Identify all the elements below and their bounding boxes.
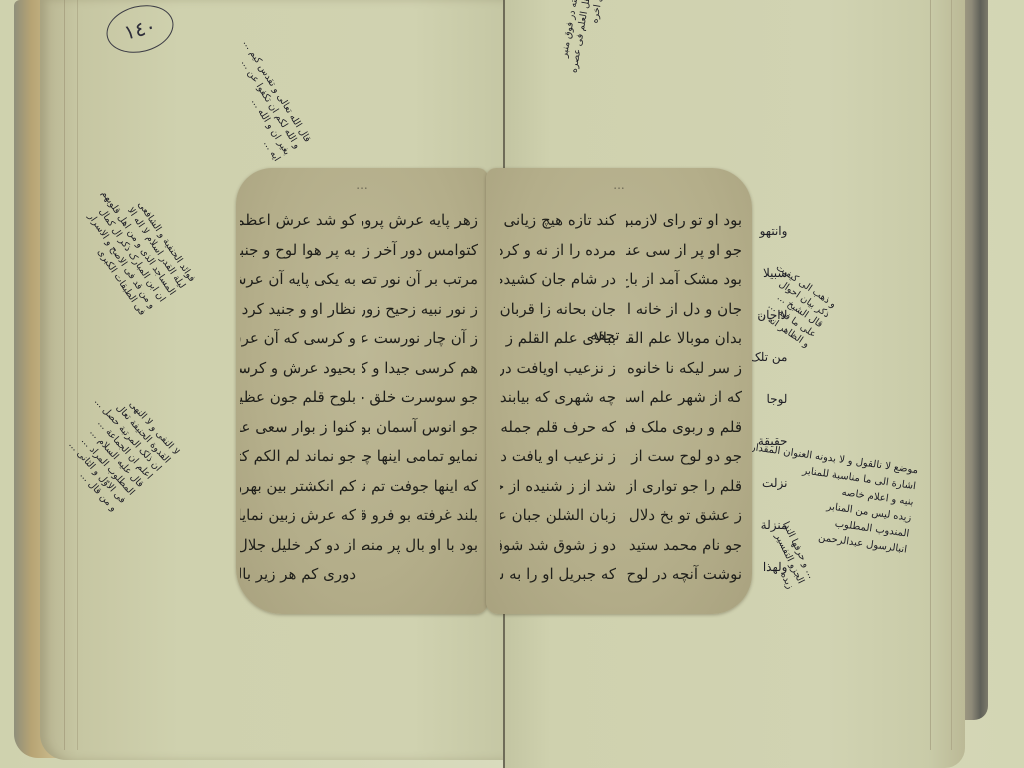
verse-line: که عرش زبین نمایان شود (240, 501, 356, 531)
verse-line: هم کرسی جیدا و کرسی تمام (362, 354, 478, 384)
verse-line: و کرسی که آن عرش (240, 324, 356, 354)
gloss-line: لوجا (750, 378, 787, 420)
verse-column-right: زهر پایه عرش پروردگار کتوامس دور آخر زما… (362, 206, 478, 590)
verse-line: ز فضل سنده احتیاط نه این که کیف (626, 590, 742, 591)
verse-column-left: کو شد عرش اعظم به پر هوا لوح و جنبی به ی… (240, 206, 356, 590)
verse-line: مرتب بر آن نور تصویر چهار (362, 265, 478, 295)
verse-line: کتوامس دور آخر زمانی (362, 236, 478, 266)
verse-line: بود با او بال پر منصر هزار (362, 531, 478, 561)
verse-line: ز نور نبیه زحیح زور و (362, 295, 478, 325)
inserted-leaf-left: ... زهر پایه عرش پروردگار کتوامس دور آخر… (236, 168, 488, 614)
left-page-stack-edges (64, 0, 78, 750)
verse-line: به پر هوا لوح و جنبی (240, 236, 356, 266)
verse-line: قلم او هو سوشت ابی از ز بحث (500, 590, 616, 591)
right-page-stack-edges (930, 0, 952, 750)
verse-line: نوشت آنچه در لوح محفوظ بود (626, 560, 742, 590)
verse-line: بود او تو رای لازمبون (626, 206, 742, 236)
verse-line: به یکی پایه آن عرش (240, 265, 356, 295)
verse-line: در شام جان کشیدم قلد قلد (500, 265, 616, 295)
verse-line: که از شهر علم است امید اور رسشل (626, 383, 742, 413)
leaf-header: ... (236, 178, 488, 192)
gloss-line: لااجان (750, 294, 787, 336)
verse-line: قلم را جو تواری از بیکی خبان (626, 472, 742, 502)
verse-line: کند تازه هیچ زیانی نا روی (500, 206, 616, 236)
verse-line: ز عشق تو بخ دلال بود (626, 501, 742, 531)
verse-line: بلوح قلم جون عظیم (240, 383, 356, 413)
verse-line: کو شد عرش اعظم (240, 206, 356, 236)
verse-line: زبان الشلن جبان عاقل احنال بود (500, 501, 616, 531)
verse-line: ز نزعیب اویافت در لوح قلب (500, 354, 616, 384)
verse-line: جو او پر از سی عنفران کند (626, 236, 742, 266)
verse-line: جو نام محمد ستید آن زمان (626, 531, 742, 561)
verse-line: بلند غرفته بو فرو قلیل نام (362, 501, 478, 531)
leaf-header: ... (486, 178, 752, 192)
gloss-line: من تلک (750, 336, 787, 378)
verse-line: بدان موبالا علم القلم (626, 324, 742, 354)
gloss-line: سبیلا (750, 252, 787, 294)
verse-line: نظار او و جنید کرد کار (240, 295, 356, 325)
verse-line: قلم و ربوی ملک فرمان اوست (626, 413, 742, 443)
verse-line: جان و دل از خانه او معان کنم (626, 295, 742, 325)
verse-line: کم انکشتر بین بهروی زمینی (240, 472, 356, 502)
section-heading-tuhfa: تحفه (590, 326, 620, 344)
verse-line: دو ز شوق شد شوق شنید و کویای بر (500, 531, 616, 561)
verse-line: بحیود عرش و کرسی (240, 354, 356, 384)
verse-line: که حرف قلم جمله فرمان اوست (500, 413, 616, 443)
verse-line: کنوا ز بوار سعی عظیم (240, 413, 356, 443)
verse-line: جو دو لوح ست از علم کتاب (626, 442, 742, 472)
verse-line: مرده را از نه و کرده جان و جهد (500, 236, 616, 266)
gloss-line: وانتهو (750, 210, 787, 252)
inserted-leaf-right: ... بود او تو رای لازمبون جو او پر از سی… (486, 168, 752, 614)
verse-line: شد از ز شنیده از جای کرون بیان (500, 472, 616, 502)
verse-line: که جبریل او را به سجده بود (500, 560, 616, 590)
verse-line: از دو کر خلیل جلال عالی مقام (240, 531, 356, 561)
verse-line: جو سوسرت خلق جو لوح قلم (362, 383, 478, 413)
verse-line: ز نزعیب او یافت در لوح قالب (500, 442, 616, 472)
verse-line: چه شهری که بیابند در رسل و جید رسل (500, 383, 616, 413)
verse-line: جو نماند لم الکم کته ترزمینی (240, 442, 356, 472)
verse-line: نمایو تمامی اینها چنین (362, 442, 478, 472)
verse-column-left: کند تازه هیچ زیانی نا روی مرده را از نه … (500, 206, 616, 590)
verse-line: که اینها جوفت تم نمایان شود (362, 472, 478, 502)
verse-line: جان بحانه زا قربان کنیم (500, 295, 616, 325)
verse-line: جو انوس آسمان بو منتهم زمین (362, 413, 478, 443)
verse-column-right: بود او تو رای لازمبون جو او پر از سی عنف… (626, 206, 742, 590)
verse-line: زهر پایه عرش پروردگار (362, 206, 478, 236)
verse-line: ز آن چار نورست عرش مجید (362, 324, 478, 354)
verse-line: دوری کم هر زیر بالی هزار (240, 560, 356, 590)
verse-line: بود مشک آمد از باغ خلد (626, 265, 742, 295)
verse-line: ز سر لیکه نا خانوه هم کتاب (626, 354, 742, 384)
